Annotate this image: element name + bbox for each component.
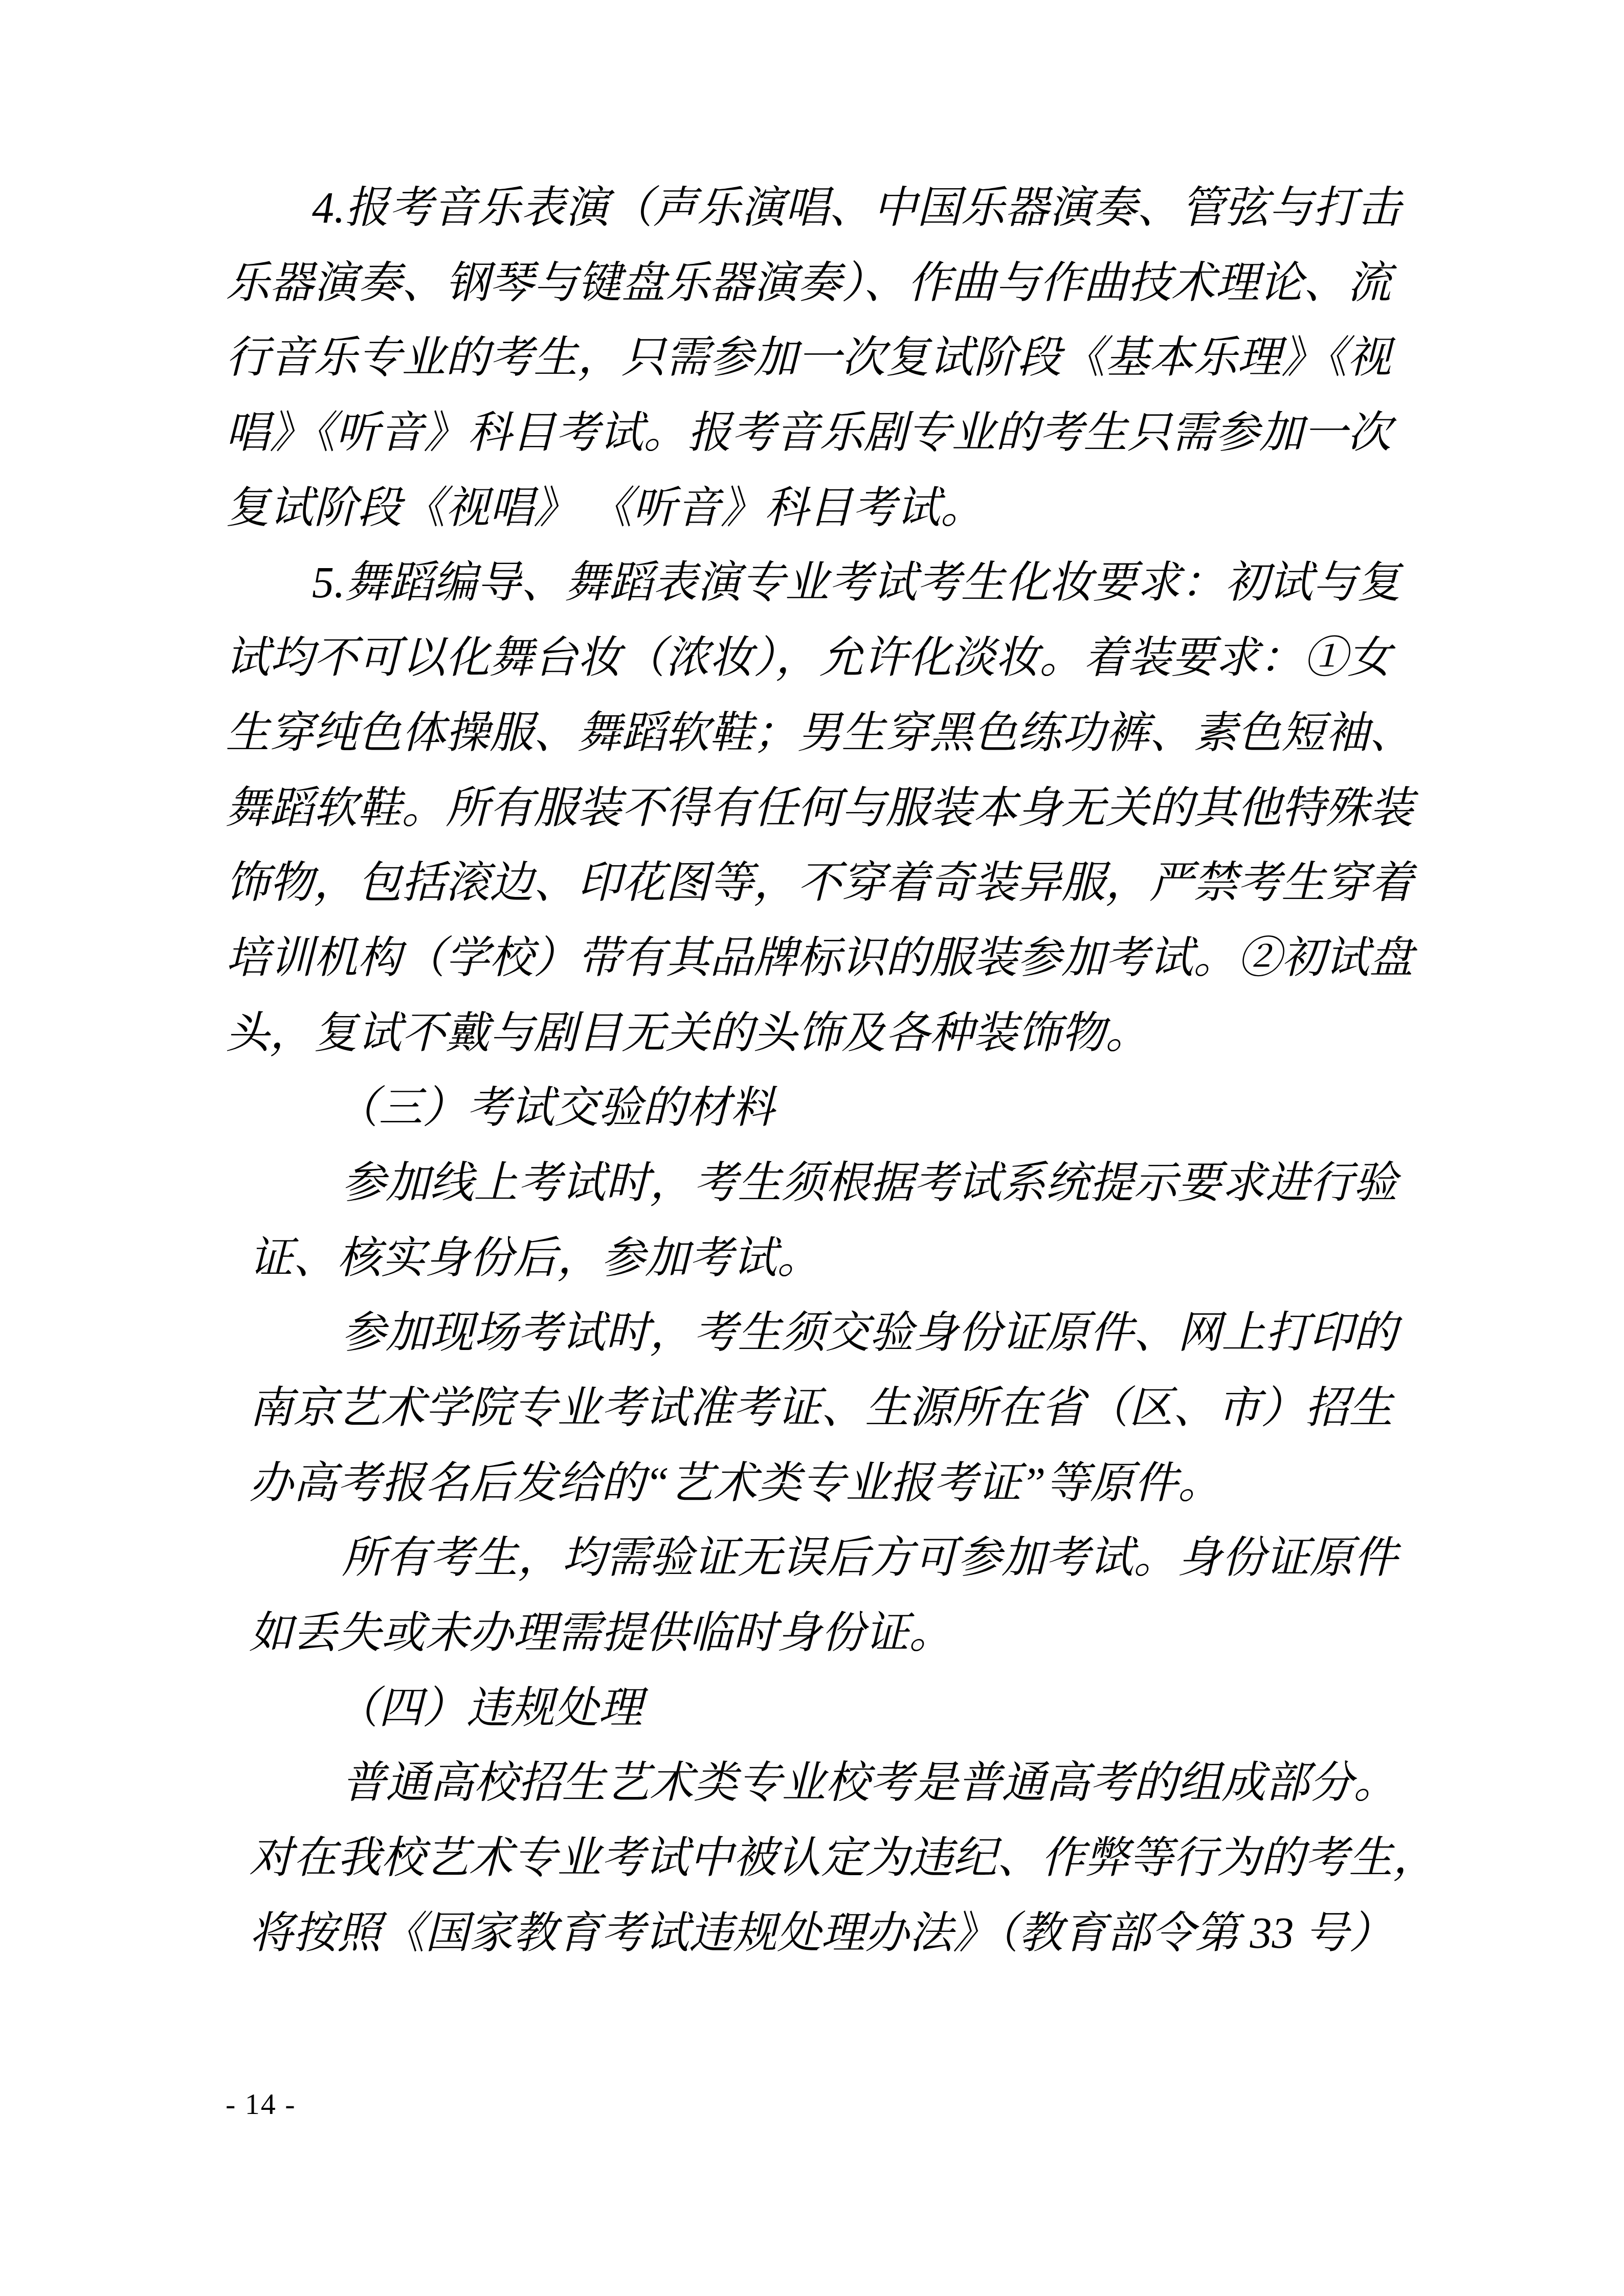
document-line: 培训机构（学校）带有其品牌标识的服装参加考试。②初试盘	[226, 920, 1437, 996]
document-line: 饰物，包括滚边、印花图等，不穿着奇装异服，严禁考生穿着	[226, 845, 1437, 920]
section-heading: （四）违规处理	[335, 1671, 1437, 1746]
document-line: 唱》《听音》科目考试。报考音乐剧专业的考生只需参加一次	[226, 395, 1437, 470]
document-line: 乐器演奏、钢琴与键盘乐器演奏）、作曲与作曲技术理论、流	[226, 245, 1437, 321]
page-number: - 14 -	[226, 2086, 296, 2122]
document-line: 复试阶段《视唱》 《听音》科目考试。	[226, 470, 1437, 546]
document-line: 所有考生，均需验证无误后方可参加考试。身份证原件	[342, 1520, 1437, 1595]
document-line: 将按照《国家教育考试违规处理办法》（教育部令第 33 号）	[249, 1896, 1437, 1971]
document-line: 参加线上考试时，考生须根据考试系统提示要求进行验	[342, 1145, 1437, 1221]
document-line: 普通高校招生艺术类专业校考是普通高考的组成部分。	[342, 1745, 1437, 1820]
document-line: 4.报考音乐表演（声乐演唱、中国乐器演奏、管弦与打击	[312, 170, 1437, 245]
document-line: 行音乐专业的考生，只需参加一次复试阶段《基本乐理》《视	[226, 320, 1437, 395]
document-line: 对在我校艺术专业考试中被认定为违纪、作弊等行为的考生，	[249, 1820, 1437, 1896]
document-line: 舞蹈软鞋。所有服装不得有任何与服装本身无关的其他特殊装	[226, 771, 1437, 846]
document-line: 参加现场考试时，考生须交验身份证原件、网上打印的	[342, 1295, 1437, 1370]
document-line: 南京艺术学院专业考试准考证、生源所在省（区、市）招生	[249, 1370, 1437, 1446]
document-page: 4.报考音乐表演（声乐演唱、中国乐器演奏、管弦与打击 乐器演奏、钢琴与键盘乐器演…	[0, 0, 1624, 2296]
section-heading: （三）考试交验的材料	[335, 1070, 1437, 1145]
document-line: 5.舞蹈编导、舞蹈表演专业考试考生化妆要求：初试与复	[312, 545, 1437, 620]
document-line: 试均不可以化舞台妆（浓妆），允许化淡妆。着装要求：①女	[226, 620, 1437, 695]
document-body: 4.报考音乐表演（声乐演唱、中国乐器演奏、管弦与打击 乐器演奏、钢琴与键盘乐器演…	[226, 170, 1437, 1971]
document-line: 证、核实身份后，参加考试。	[249, 1221, 1437, 1296]
document-line: 头，复试不戴与剧目无关的头饰及各种装饰物。	[226, 996, 1437, 1071]
document-line: 如丢失或未办理需提供临时身份证。	[249, 1595, 1437, 1671]
document-line: 办高考报名后发给的“艺术类专业报考证”等原件。	[249, 1446, 1437, 1521]
document-line: 生穿纯色体操服、舞蹈软鞋；男生穿黑色练功裤、素色短袖、	[226, 695, 1437, 771]
